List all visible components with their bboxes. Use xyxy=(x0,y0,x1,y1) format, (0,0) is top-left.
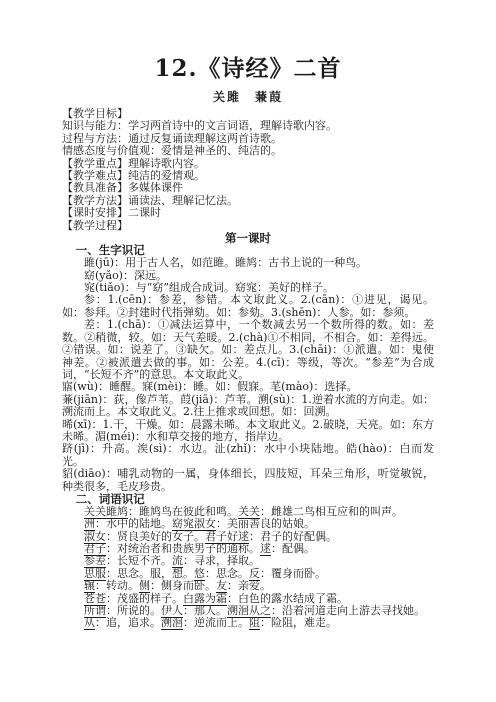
definition-text: ：长短不齐。 xyxy=(106,554,172,567)
dict-entry: 雎(jū)：用于古人名，如范雎。雎鸠：古书上说的一种鸟。 xyxy=(62,257,434,269)
term-text: 逑 xyxy=(260,542,271,556)
definition-text: ：雌雄二鸟相互应和的叫声。 xyxy=(260,505,403,518)
definition-text: ：配偶。 xyxy=(271,542,315,555)
document-page: 12.《诗经》二首 关雎 蒹葭 【教学目标】知识与能力：学习两首诗中的文言词语，… xyxy=(0,0,496,702)
dict-entry: 参：1.(cēn)：参差，参错。本文取此义。2.(cān)：①进见，谒见。如：参… xyxy=(62,294,434,319)
dict-entry: 蒹(jiān)：荻，像芦苇。葭(jiā)：芦苇。溯(sù)：1.逆着水流的方向走… xyxy=(62,394,434,419)
definition-text: ：白色的露水结成了霜。 xyxy=(227,592,348,605)
dict-entry: 晞(xī)：1.干，干燥。如：晨露未晞。本文取此义。2.破晓，天亮。如：东方未晞… xyxy=(62,419,434,444)
definition-text: ：水中的陆地。 xyxy=(95,517,172,530)
dict-entry: 寤(wù)：睡醒。寐(mèi)：睡。如：假寐。芼(mào)：选择。 xyxy=(62,381,434,393)
term-line: 从：追，追求。溯洄：逆流而上。阻：险阻，难走。 xyxy=(62,617,434,629)
dict-entry: 差：1.(chā)：①减法运算中，一个数减去另一个数所得的数。如：差数。②稍微，… xyxy=(62,319,434,381)
definition-text: ：思念。 xyxy=(205,567,249,580)
definition-text: ：侧身而卧。 xyxy=(150,579,216,592)
meta-line: 情感态度与价值观：爱情是神圣的、纯洁的。 xyxy=(62,145,434,157)
dict-entry: 跻(jī)：升高。涘(sì)：水边。沚(zhǐ)：水中小块陆地。皓(hào)：白… xyxy=(62,443,434,468)
definition-text: ：追，追求。 xyxy=(95,616,161,629)
section2-body: 关关雎鸠：雎鸠鸟在彼此和鸣。关关：雌雄二鸟相互应和的叫声。洲：水中的陆地。窈窕淑… xyxy=(62,506,434,630)
definition-text: ：贤良美好的女子。 xyxy=(106,530,205,543)
definition-text: ：寻求，择取。 xyxy=(183,554,260,567)
term-text: 从 xyxy=(84,616,95,630)
definition-text: ：雎鸠鸟在彼此和鸣。 xyxy=(128,505,238,518)
definition-text: ：险阻，难走。 xyxy=(260,616,337,629)
definition-text: ：茂盛的样子。 xyxy=(106,592,183,605)
definition-text: ：君子的好配偶。 xyxy=(249,530,337,543)
page-subtitle: 关雎 蒹葭 xyxy=(62,90,434,105)
definition-text: ：逆流而上。 xyxy=(183,616,249,629)
definition-text: ：亲爱。 xyxy=(227,579,271,592)
definition-text: ：转动。 xyxy=(95,579,139,592)
term-text: 溯洄 xyxy=(161,616,183,630)
section1-body: 雎(jū)：用于古人名，如范雎。雎鸠：古书上说的一种鸟。窈(yǎo)：深远。窕(… xyxy=(62,257,434,493)
definition-text: ：美丽善良的姑娘。 xyxy=(216,517,315,530)
definition-text: ：思念。服，想。 xyxy=(106,567,194,580)
meta-line: 知识与能力：学习两首诗中的文言词语，理解诗歌内容。 xyxy=(62,120,434,132)
meta-line: 【课时安排】二课时 xyxy=(62,207,434,219)
dict-entry: 貂(diāo)：哺乳动物的一属，身体细长，四肢短，耳朵三角形，听觉敏锐，种类很多… xyxy=(62,468,434,493)
meta-line: 【教具准备】多媒体课件 xyxy=(62,182,434,194)
teaching-meta-block: 【教学目标】知识与能力：学习两首诗中的文言词语，理解诗歌内容。过程与方法：通过反… xyxy=(62,108,434,232)
page-title: 12.《诗经》二首 xyxy=(62,52,434,86)
document-body: 【教学目标】知识与能力：学习两首诗中的文言词语，理解诗歌内容。过程与方法：通过反… xyxy=(62,108,434,630)
term-text: 阻 xyxy=(249,616,260,630)
definition-text: ：覆身而卧。 xyxy=(260,567,326,580)
